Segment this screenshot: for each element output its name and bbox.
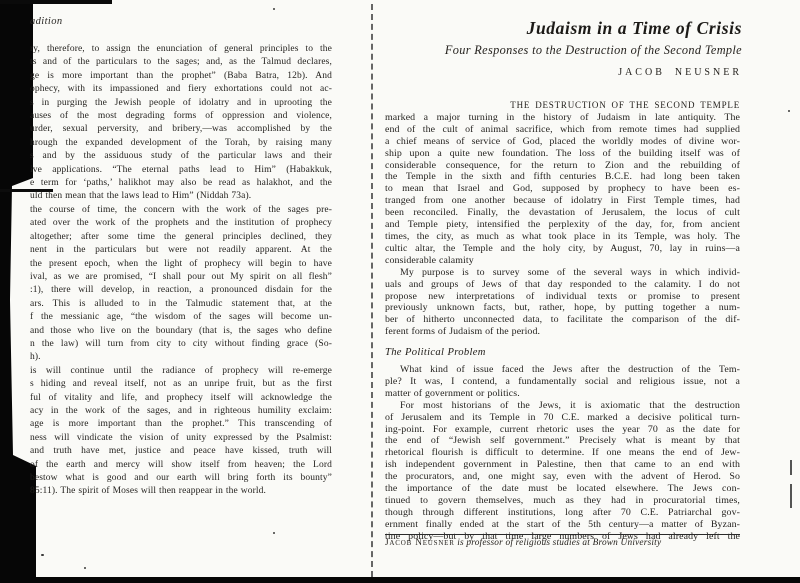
text-line: is will continue until the radiance of p… xyxy=(30,365,332,378)
left-page: adition ry, therefore, to assign the enu… xyxy=(30,16,332,499)
text-line: though through different institutions, l… xyxy=(385,507,740,519)
text-line: altogether; after some time the general … xyxy=(30,231,332,244)
text-line: ge is more important than the prophet” (… xyxy=(30,70,332,83)
text-line: age is more important than the prophet.”… xyxy=(30,418,332,431)
text-line: marked a major turning in the history of… xyxy=(385,112,740,124)
text-line: e term for ‘paths,’ halikhot may also be… xyxy=(30,177,332,190)
text-line: auses of the most degrading forms of opp… xyxy=(30,110,332,123)
text-line: ing-point. For example, current rhetoric… xyxy=(385,424,740,436)
article-title: Judaism in a Time of Crisis xyxy=(355,18,742,39)
right-page: Judaism in a Time of Crisis Four Respons… xyxy=(355,0,745,543)
text-line: ated over the work of the prophets and t… xyxy=(30,217,332,230)
running-head: adition xyxy=(30,16,332,27)
text-line: the end of “Jewish self government.” Pre… xyxy=(385,435,740,447)
article-subtitle: Four Responses to the Destruction of the… xyxy=(355,43,742,58)
text-line: ful of vitality and life, and prophecy i… xyxy=(30,392,332,405)
opening-small-caps-line: THE DESTRUCTION OF THE SECOND TEMPLE xyxy=(385,100,740,112)
text-line: and truth have met, justice and peace ha… xyxy=(30,445,332,458)
text-line: a chief means of service of God, placed … xyxy=(385,136,740,148)
text-line: uals and groups of Jews of that day resp… xyxy=(385,279,740,291)
text-line: ernment finally ended at the start of th… xyxy=(385,519,740,531)
text-line: cultic altar, the Temple and the holy ci… xyxy=(385,243,740,255)
article-header: Judaism in a Time of Crisis Four Respons… xyxy=(355,0,742,78)
scan-speck xyxy=(273,532,275,534)
footnote-author-name: Jacob Neusner xyxy=(385,538,455,548)
text-line: s in purging the Jewish people of idolat… xyxy=(30,97,332,110)
text-line: n the law) will turn from city to city w… xyxy=(30,338,332,351)
body-paragraph-1: marked a major turning in the history of… xyxy=(385,112,740,267)
left-paragraph-1: ry, therefore, to assign the enunciation… xyxy=(30,43,332,204)
text-line: and those who live on the boundary (that… xyxy=(30,325,332,338)
text-line: end of the cult of animal sacrifice, whi… xyxy=(385,124,740,136)
text-line: rhetorical flourish is difficult to dete… xyxy=(385,447,740,459)
text-line: to mean that Israel and God, supposed by… xyxy=(385,183,740,195)
text-line: the course of time, the concern with the… xyxy=(30,204,332,217)
scan-speck xyxy=(788,110,790,112)
text-line: of the earth and mercy will show itself … xyxy=(30,459,332,472)
text-line: nent in the particulars but were not rea… xyxy=(30,244,332,257)
author-footnote: Jacob Neusner is professor of religious … xyxy=(385,534,740,548)
text-line: urder, sexual perversity, and bribery,—w… xyxy=(30,123,332,136)
scan-speck xyxy=(84,567,86,569)
text-line: been reconciled. Finally, the devastatio… xyxy=(385,207,740,219)
text-line: ophecy, with its impassioned and fiery e… xyxy=(30,83,332,96)
text-line: the procurators, and, one might say, eve… xyxy=(385,471,740,483)
text-line: ness will vindicate the vision of unity … xyxy=(30,432,332,445)
text-line: :1), there will develop, in reaction, a … xyxy=(30,284,332,297)
author-byline: JACOBNEUSNER xyxy=(355,67,742,78)
text-line: What kind of issue faced the Jews after … xyxy=(385,364,740,376)
text-line: ferent forms of Judaism of the period. xyxy=(385,326,740,338)
text-line: matter of government or politics. xyxy=(385,388,740,400)
scan-mark xyxy=(790,460,792,475)
scan-speck xyxy=(41,554,44,556)
text-line: tranged from one another because of idol… xyxy=(385,195,740,207)
text-line: 85:11). The spirit of Moses will then re… xyxy=(30,485,332,498)
scan-edge-bottom xyxy=(0,577,800,583)
body-paragraph-3: What kind of issue faced the Jews after … xyxy=(385,364,740,400)
text-line: ival, as we are promised, “I shall pour … xyxy=(30,271,332,284)
text-line: propose new interpretations of individua… xyxy=(385,291,740,303)
footnote-rule xyxy=(385,534,740,535)
article-body: THE DESTRUCTION OF THE SECOND TEMPLE mar… xyxy=(385,100,740,543)
text-line: f the messianic age, “the wisdom of the … xyxy=(30,311,332,324)
footnote-description: is professor of religious studies at Bro… xyxy=(455,538,662,548)
text-line: uld then mean that the laws lead to Him”… xyxy=(30,190,332,203)
left-paragraph-2: the course of time, the concern with the… xyxy=(30,204,332,365)
text-line: s hiding and reveal itself, not as an un… xyxy=(30,378,332,391)
text-line: previously unknown facts, but, rather, h… xyxy=(385,302,740,314)
left-text-column: ry, therefore, to assign the enunciation… xyxy=(30,43,332,499)
text-line: ry, therefore, to assign the enunciation… xyxy=(30,43,332,56)
text-line: ars. This is alluded to in the Talmudic … xyxy=(30,298,332,311)
section-heading: The Political Problem xyxy=(385,347,740,359)
author-last-name: NEUSNER xyxy=(675,67,742,78)
scan-edge-top-smear xyxy=(0,0,112,4)
text-line: the importance of the date must be locat… xyxy=(385,483,740,495)
text-line: My purpose is to survey some of the seve… xyxy=(385,267,740,279)
text-line: considerable calamity xyxy=(385,255,740,267)
text-line: and Temple piety, intensified the perple… xyxy=(385,219,740,231)
footnote-text: Jacob Neusner is professor of religious … xyxy=(385,538,740,548)
text-line: the Temple in the sixth and fifth centur… xyxy=(385,171,740,183)
text-line: times, the city, as much as what took pl… xyxy=(385,231,740,243)
text-line: hrough the expanded development of the T… xyxy=(30,137,332,150)
text-line: ive applications. “The eternal paths lea… xyxy=(30,164,332,177)
text-line: acy in the work of the sages, and in rig… xyxy=(30,405,332,418)
text-line: tinued to govern themselves, much as the… xyxy=(385,495,740,507)
text-line: For most historians of the Jews, it is a… xyxy=(385,400,740,412)
body-paragraph-2: My purpose is to survey some of the seve… xyxy=(385,267,740,338)
text-line: ts and of the particulars to the sages; … xyxy=(30,56,332,69)
scanned-page-spread: adition ry, therefore, to assign the enu… xyxy=(0,0,800,583)
text-line: ship upon a quite new foundation. The lo… xyxy=(385,148,740,160)
text-line: bestow what is good and our earth will b… xyxy=(30,472,332,485)
text-line: considerable consequence, for the return… xyxy=(385,160,740,172)
text-line: ber of hitherto unconnected data, to fac… xyxy=(385,314,740,326)
text-line: ple? It was, I contend, a fundamentally … xyxy=(385,376,740,388)
text-line: s and by the assiduous study of the part… xyxy=(30,150,332,163)
left-paragraph-3: is will continue until the radiance of p… xyxy=(30,365,332,499)
author-first-name: JACOB xyxy=(618,67,665,78)
scan-mark xyxy=(790,484,792,508)
text-line: the present epoch, when the light of pro… xyxy=(30,258,332,271)
text-line: h). xyxy=(30,351,332,364)
text-line: of Jerusalem and its Temple in 70 C.E. m… xyxy=(385,412,740,424)
text-line: ish independent government in Palestine,… xyxy=(385,459,740,471)
scan-speck xyxy=(273,8,275,10)
body-paragraph-4: For most historians of the Jews, it is a… xyxy=(385,400,740,543)
